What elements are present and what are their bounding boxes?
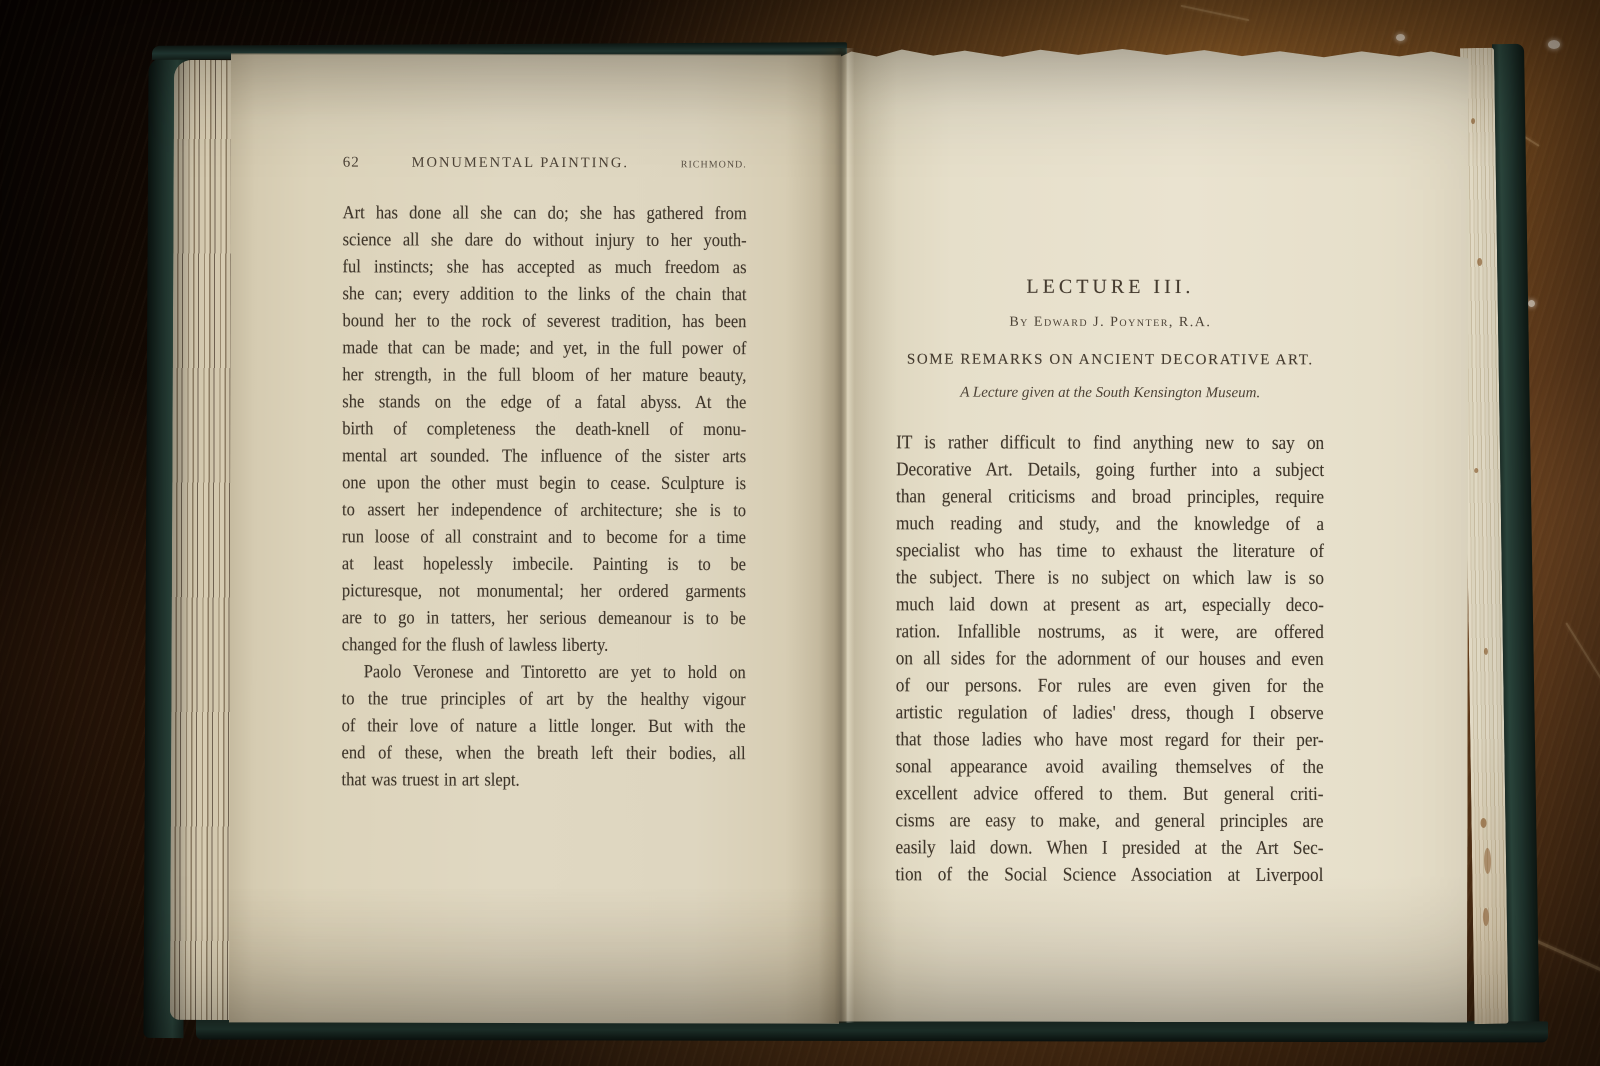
lecture-byline: By Edward J. Poynter, R.A.	[896, 314, 1324, 333]
lecture-subtitle: SOME REMARKS ON ANCIENT DECORATIVE ART.	[896, 350, 1324, 371]
foxing-spot	[1484, 648, 1488, 655]
wood-speck	[1548, 40, 1560, 49]
page-number: 62	[343, 153, 360, 173]
foxing-spot	[1471, 118, 1475, 124]
right-page-body-text: IT is rather difficult to find anything …	[895, 429, 1324, 889]
foxing-spot	[1483, 908, 1489, 926]
running-author: RICHMOND.	[681, 155, 747, 175]
wood-speck	[1396, 34, 1405, 41]
lecture-heading: LECTURE III.	[896, 274, 1324, 301]
left-page: 62 MONUMENTAL PAINTING. RICHMOND. Art ha…	[229, 53, 841, 1023]
wood-speck	[1528, 300, 1535, 307]
foxing-spot	[1477, 258, 1482, 266]
foxing-spot	[1480, 818, 1486, 828]
wood-scratch	[1565, 622, 1600, 699]
lecture-heading-block: LECTURE III. By Edward J. Poynter, R.A. …	[896, 274, 1324, 404]
text-line: tion of the Social Science Association a…	[895, 859, 1323, 890]
lecture-dedication: A Lecture given at the South Kensington …	[896, 384, 1324, 404]
text-line: that was truest in art slept.	[341, 764, 745, 795]
foxing-spot	[1484, 848, 1491, 874]
foxing-spot	[1474, 468, 1478, 473]
right-page: LECTURE III. By Edward J. Poynter, R.A. …	[837, 47, 1469, 1022]
book-photo-scene: 62 MONUMENTAL PAINTING. RICHMOND. Art ha…	[0, 0, 1600, 1066]
left-page-running-header: 62 MONUMENTAL PAINTING. RICHMOND.	[343, 153, 747, 176]
running-title: MONUMENTAL PAINTING.	[412, 153, 629, 173]
wood-scratch	[1181, 5, 1250, 22]
left-page-body-text: Art has done all she can do; she has gat…	[341, 199, 746, 794]
